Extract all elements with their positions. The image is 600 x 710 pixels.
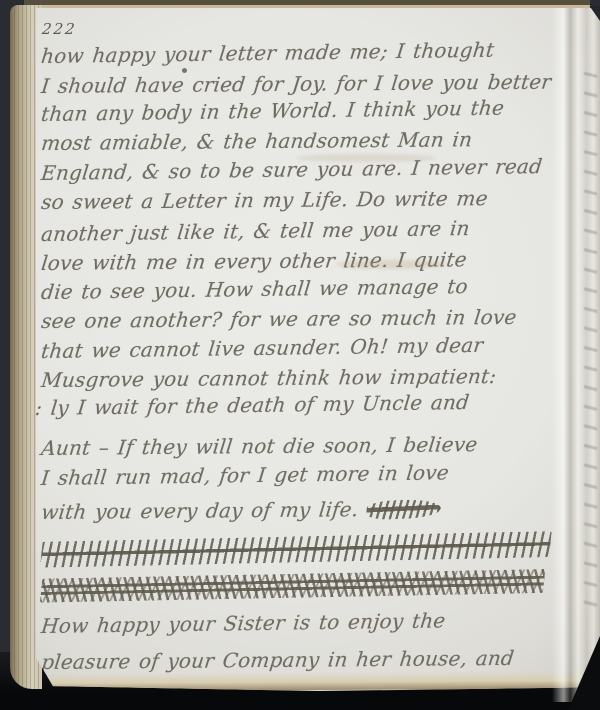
text-line: : ly I wait for the death of my Uncle an… (34, 390, 471, 420)
deletion-scribble (40, 569, 546, 603)
text-line: I should have cried for Joy. for I love … (40, 70, 553, 98)
text-line: pleasure of your Company in her house, a… (40, 646, 515, 674)
scanned-manuscript-photo: 222 how happy your letter made me; I tho… (0, 0, 600, 710)
text-line: how happy your letter made me; I thought (40, 38, 496, 68)
text-line: another just like it, & tell me you are … (40, 216, 471, 246)
text-line: How happy your Sister is to enjoy the (40, 608, 447, 638)
deletion-scribble (40, 531, 552, 568)
text-line: die to see you. How shall we manage to (40, 274, 469, 304)
text-line: Musgrove you cannot think how impatient: (40, 364, 498, 392)
text-line: Aunt – If they will not die soon, I beli… (40, 432, 479, 460)
text-line: than any body in the World. I think you … (40, 96, 506, 126)
inked-out-word (366, 498, 442, 520)
ink-blot (182, 68, 187, 73)
text-line: so sweet a Letter in my Life. Do write m… (40, 186, 489, 214)
text-line: that we cannot live asunder. Oh! my dear (40, 333, 485, 363)
ink-smudge (296, 154, 436, 162)
text-line: see one another? for we are so much in l… (40, 305, 518, 333)
text-line: I shall run mad, for I get more in love (40, 460, 450, 490)
crossed-out-line (40, 572, 545, 600)
text-line: most amiable, & the handsomest Man in (40, 127, 474, 155)
text-line: with you every day of my life. (40, 497, 442, 524)
manuscript-page: 222 how happy your letter made me; I tho… (36, 8, 600, 710)
text-line: England, & so to be sure you are. I neve… (40, 154, 544, 185)
crossed-out-line (40, 533, 552, 566)
next-page-ink-fragments (584, 60, 597, 620)
page-number: 222 (41, 20, 78, 38)
ink-smudge (336, 260, 446, 269)
